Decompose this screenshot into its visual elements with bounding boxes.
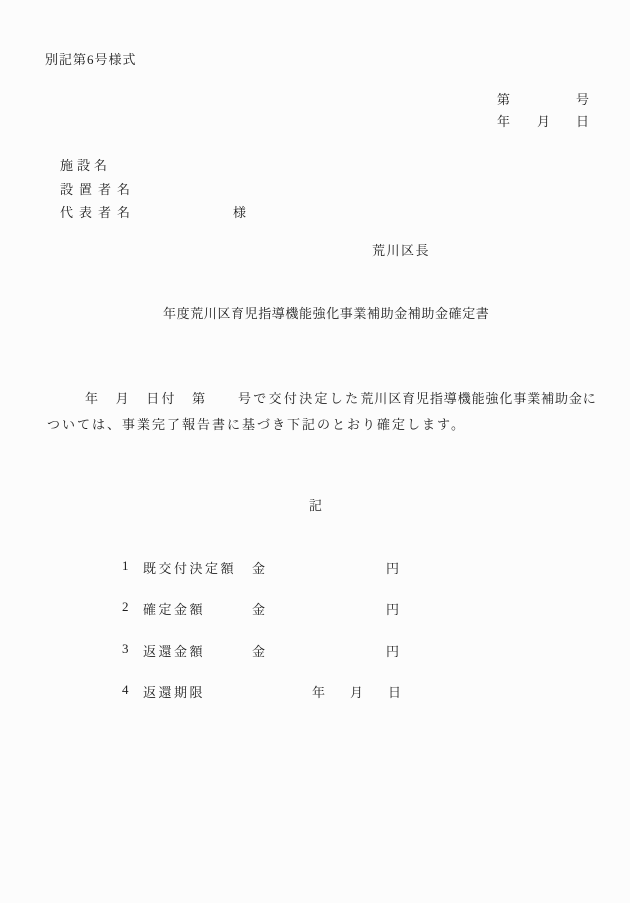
body-line1-head: 年 月 日付 第 号で交付決定した [85, 391, 360, 406]
founder-name-label: 設置者名 [60, 179, 136, 198]
honorific-label: 様 [233, 202, 246, 221]
body-paragraph-line1: 年 月 日付 第 号で交付決定した荒川区育児指導機能強化事業補助金に [85, 388, 597, 407]
document-page: 別記第6号様式 第 号 年 月 日 施設名 設置者名 代表者名 様 荒川区長 年… [0, 0, 630, 903]
date-day-label: 日 [576, 111, 589, 130]
sender-mayor-label: 荒川区長 [372, 240, 430, 259]
amount-prefix: 金 [252, 599, 265, 618]
item-row-confirmed-amount: 2 確定金額 金 円 [0, 599, 630, 615]
doc-number-suffix: 号 [576, 89, 589, 108]
item-number: 4 [122, 682, 129, 698]
item-number: 3 [122, 641, 129, 657]
date-year-label: 年 [497, 111, 510, 130]
item-label: 確定金額 [143, 599, 205, 618]
amount-suffix: 円 [386, 641, 399, 660]
doc-number-prefix: 第 [497, 89, 510, 108]
amount-prefix: 金 [252, 558, 265, 577]
item-label: 返還金額 [143, 641, 205, 660]
deadline-day-label: 日 [388, 682, 401, 701]
item-number: 2 [122, 599, 129, 615]
amount-suffix: 円 [386, 558, 399, 577]
item-label: 既交付決定額 [143, 558, 236, 577]
date-month-label: 月 [537, 111, 550, 130]
form-number-label: 別記第6号様式 [45, 49, 137, 68]
amount-prefix: 金 [252, 641, 265, 660]
record-marker: 記 [309, 495, 322, 514]
deadline-month-label: 月 [350, 682, 363, 701]
item-label: 返還期限 [143, 682, 205, 701]
amount-suffix: 円 [386, 599, 399, 618]
item-row-paid-amount: 1 既交付決定額 金 円 [0, 558, 630, 574]
body-line1-tail: 荒川区育児指導機能強化事業補助金に [360, 391, 596, 406]
body-paragraph-line2: ついては、事業完了報告書に基づき下記のとおり確定します。 [47, 414, 466, 433]
item-row-refund-deadline: 4 返還期限 年 月 日 [0, 682, 630, 698]
deadline-year-label: 年 [312, 682, 325, 701]
item-number: 1 [122, 558, 129, 574]
representative-name-label: 代表者名 [60, 202, 136, 221]
facility-name-label: 施設名 [60, 155, 111, 174]
document-title: 年度荒川区育児指導機能強化事業補助金補助金確定書 [163, 303, 489, 322]
item-row-refund-amount: 3 返還金額 金 円 [0, 641, 630, 657]
